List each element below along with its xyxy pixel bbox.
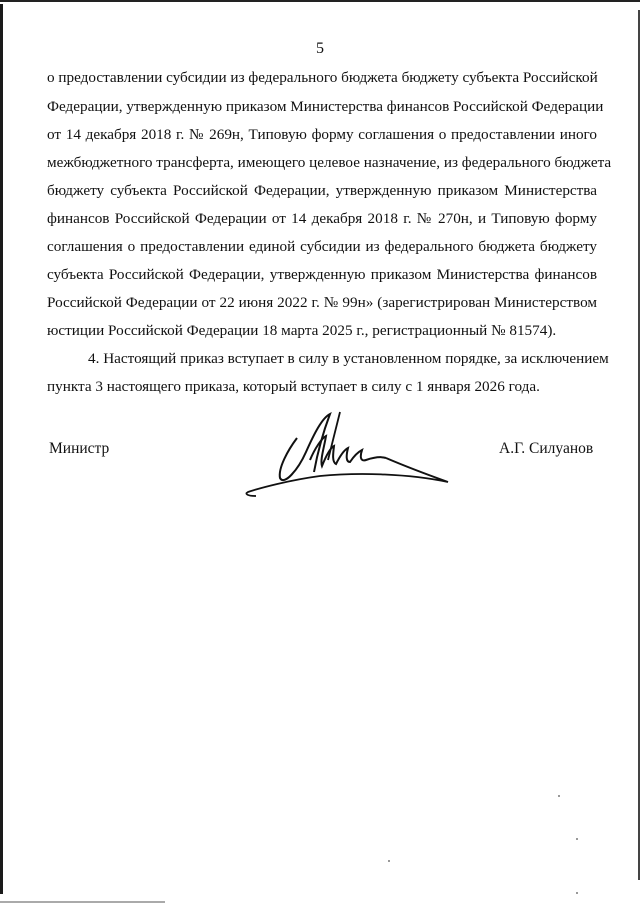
- scan-artifact: [576, 838, 578, 840]
- signatory-title: Министр: [49, 440, 109, 458]
- scan-border-left: [0, 4, 3, 894]
- text-line: юстиции Российской Федерации 18 марта 20…: [47, 322, 597, 340]
- text-line: Федерации, утвержденную приказом Министе…: [47, 98, 597, 116]
- page-number: 5: [0, 40, 640, 58]
- text-line: соглашения о предоставлении единой субси…: [47, 238, 597, 256]
- text-line: субъекта Российской Федерации, утвержден…: [47, 266, 597, 284]
- text-line: межбюджетного трансферта, имеющего целев…: [47, 154, 597, 172]
- text-line: финансов Российской Федерации от 14 дека…: [47, 210, 597, 228]
- document-page: 5 о предоставлении субсидии из федеральн…: [0, 0, 640, 905]
- scan-artifact: [558, 795, 560, 797]
- scan-border-top: [0, 0, 640, 2]
- paragraph-4-line: 4. Настоящий приказ вступает в силу в ус…: [88, 350, 597, 368]
- text-line: о предоставлении субсидии из федеральног…: [47, 69, 597, 87]
- text-line: от 14 декабря 2018 г. № 269н, Типовую фо…: [47, 126, 597, 144]
- signatory-name: А.Г. Силуанов: [499, 440, 593, 458]
- signature-icon: [240, 400, 460, 500]
- paragraph-4-line: пункта 3 настоящего приказа, который вст…: [47, 378, 597, 396]
- scan-border-bottom: [0, 901, 165, 903]
- scan-artifact: [576, 892, 578, 894]
- scan-artifact: [388, 860, 390, 862]
- text-line: Российской Федерации от 22 июня 2022 г. …: [47, 294, 597, 312]
- text-line: бюджету субъекта Российской Федерации, у…: [47, 182, 597, 200]
